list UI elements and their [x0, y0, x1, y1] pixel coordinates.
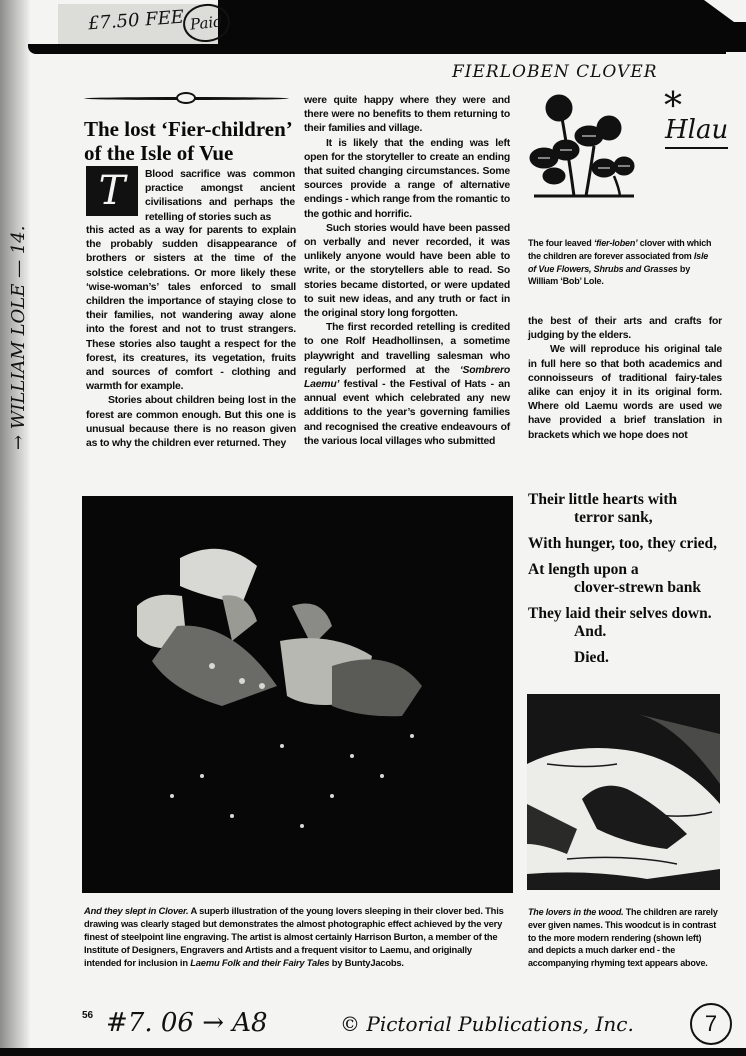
poem-line: With hunger, too, they cried, [528, 535, 738, 553]
text-span: ‘fier-loben’ [594, 238, 638, 248]
poem-line: And. [528, 623, 738, 641]
sleeping-children-photo [82, 496, 513, 893]
poem-line: Their little hearts with [528, 491, 738, 509]
clover-illustration [524, 88, 642, 200]
caption-title: And they slept in Clover. [84, 905, 188, 916]
reference-annotation: #7. 06 → A8 [106, 1008, 268, 1038]
paragraph: It is likely that the ending was left op… [304, 137, 510, 222]
clover-caption: The four leaved ‘fier-loben’ clover with… [528, 237, 718, 288]
poem: Their little hearts with terror sank, Wi… [528, 491, 738, 667]
page-number: 56 [82, 1010, 93, 1021]
poem-line: clover-strewn bank [528, 579, 738, 597]
lovers-woodcut [527, 694, 720, 890]
photo-caption: And they slept in Clover. A superb illus… [84, 904, 504, 969]
circled-number-annotation: 7 [690, 1003, 732, 1045]
book-title: Laemu Folk and their Fairy Tales [190, 957, 329, 968]
woodcut-image [527, 694, 720, 890]
scan-left-edge [0, 0, 30, 1056]
column-3: the best of their arts and crafts for ju… [528, 315, 722, 443]
paragraph: the best of their arts and crafts for ju… [528, 315, 722, 343]
publisher-annotation: © Pictorial Publications, Inc. [340, 1012, 634, 1036]
column-1: this acted as a way for parents to expla… [86, 224, 296, 451]
paragraph: Such stories would have been passed on v… [304, 222, 510, 321]
dropcap: T [86, 166, 138, 216]
text-span: by BuntyJacobs. [329, 957, 403, 968]
paragraph: We will reproduce his original tale in f… [528, 343, 722, 442]
text-span: The four leaved [528, 238, 594, 248]
photo-image [82, 496, 513, 893]
woodcut-caption: The lovers in the wood. The children are… [528, 906, 718, 970]
poem-line: terror sank, [528, 509, 738, 527]
poem-line: Died. [528, 649, 738, 667]
scan-bottom-bar [0, 1048, 746, 1056]
column-2: were quite happy where they were and the… [304, 94, 510, 449]
intro-text: Blood sacrifice was common practice amon… [145, 168, 295, 225]
paragraph: Stories about children being lost in the… [86, 394, 296, 451]
title-line-2: of the Isle of Vue [84, 141, 299, 165]
poem-line: They laid their selves down. [528, 605, 738, 623]
paragraph: were quite happy where they were and the… [304, 94, 510, 137]
title-line-1: The lost ‘Fier-children’ [84, 117, 299, 141]
paragraph: The first recorded retelling is credited… [304, 321, 510, 449]
column-1-intro: Blood sacrifice was common practice amon… [145, 168, 295, 225]
article-title: The lost ‘Fier-children’ of the Isle of … [84, 117, 299, 165]
side-annotation: → WILLIAM LOLE — 14. [8, 226, 29, 450]
clover-annotation: FIERLOBEN CLOVER [452, 62, 658, 82]
title-ornament [84, 94, 289, 102]
poem-line: At length upon a [528, 561, 738, 579]
initials-annotation: Hlau [665, 115, 728, 149]
ornament-knot-icon [176, 92, 196, 104]
caption-title: The lovers in the wood. [528, 907, 623, 917]
paragraph: this acted as a way for parents to expla… [86, 224, 296, 394]
band-shadow [28, 44, 726, 54]
